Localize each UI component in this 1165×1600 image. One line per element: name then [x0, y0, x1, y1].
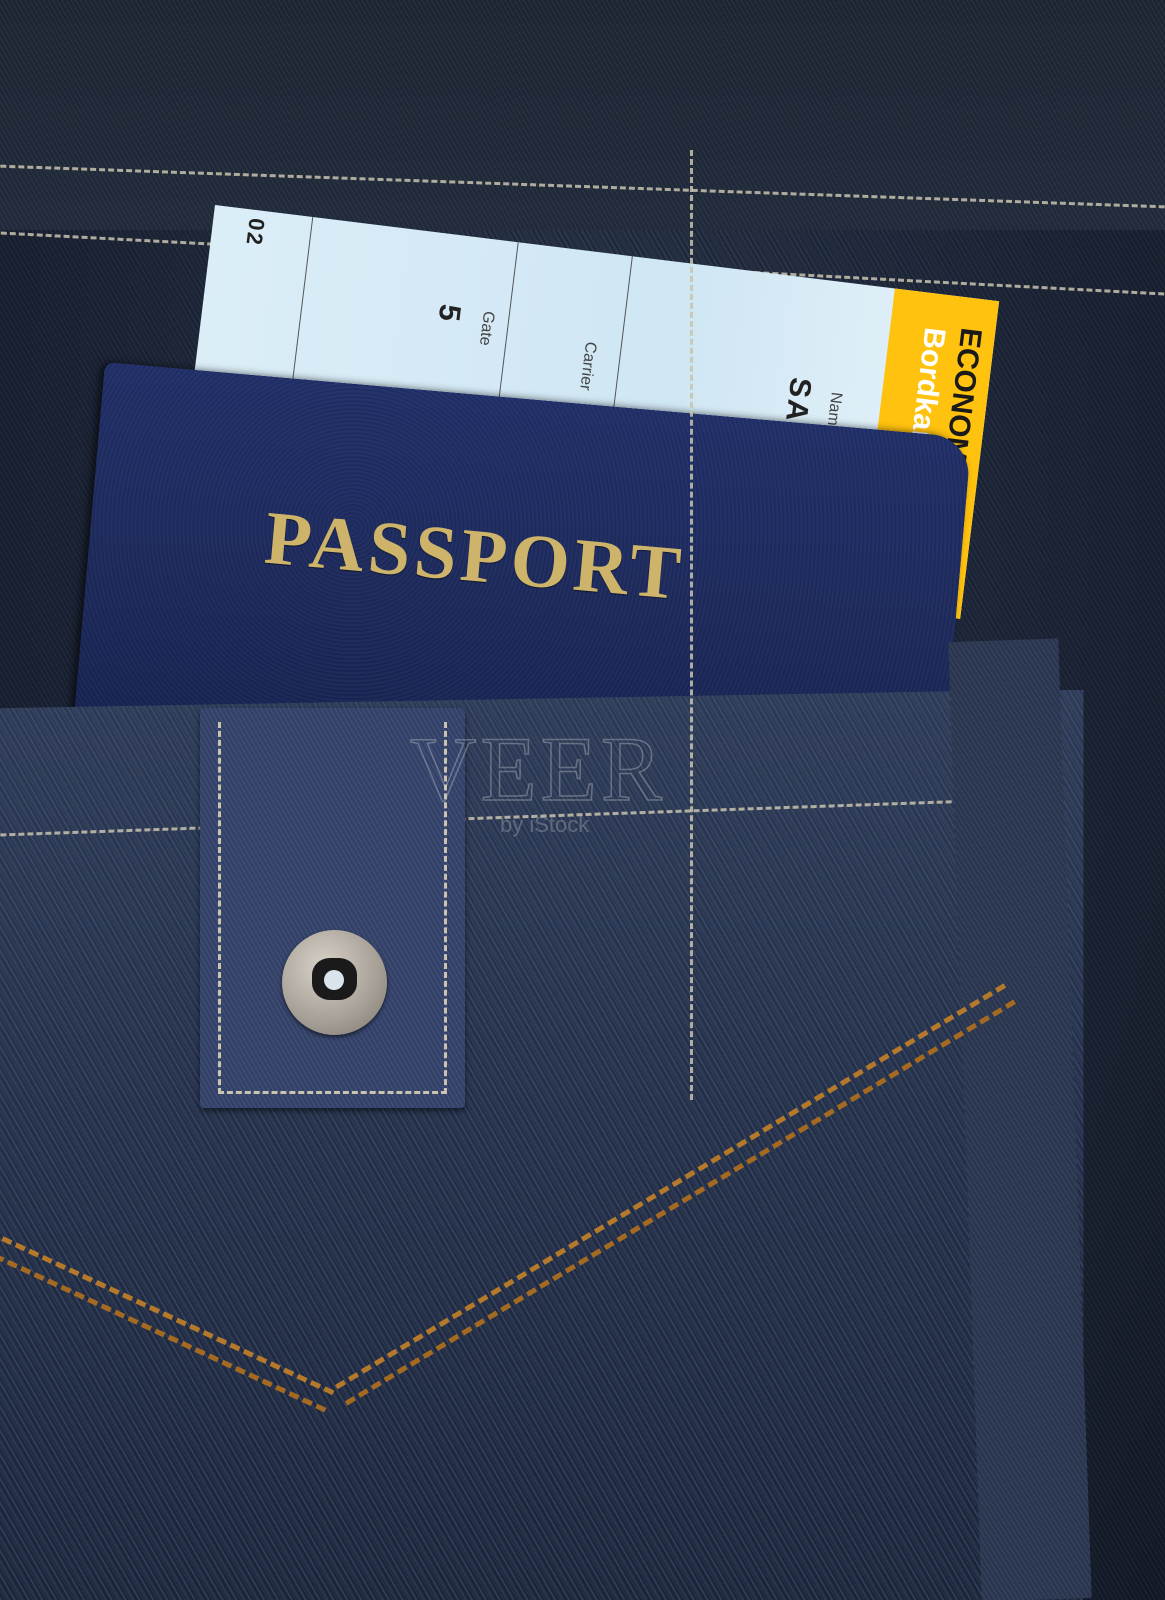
side-seam-stitch-left — [690, 150, 693, 1100]
rivet-hole — [312, 958, 357, 1000]
gate-value: 5 — [430, 302, 466, 325]
passport-title: PASSPORT — [261, 495, 688, 618]
rivet-icon — [282, 930, 387, 1035]
watermark-brand: VEER — [410, 716, 666, 822]
gate-label: Gate — [475, 310, 497, 347]
watermark-sub: by iStock — [500, 812, 589, 838]
jeans-waistband — [0, 0, 1165, 230]
photo-scene: 02 5 Gate Carrier Flight no. ATL FRA SAM… — [0, 0, 1165, 1600]
rivet-pin — [324, 970, 344, 990]
seat-value: 02 — [240, 217, 269, 248]
carrier-label: Carrier — [575, 341, 599, 392]
